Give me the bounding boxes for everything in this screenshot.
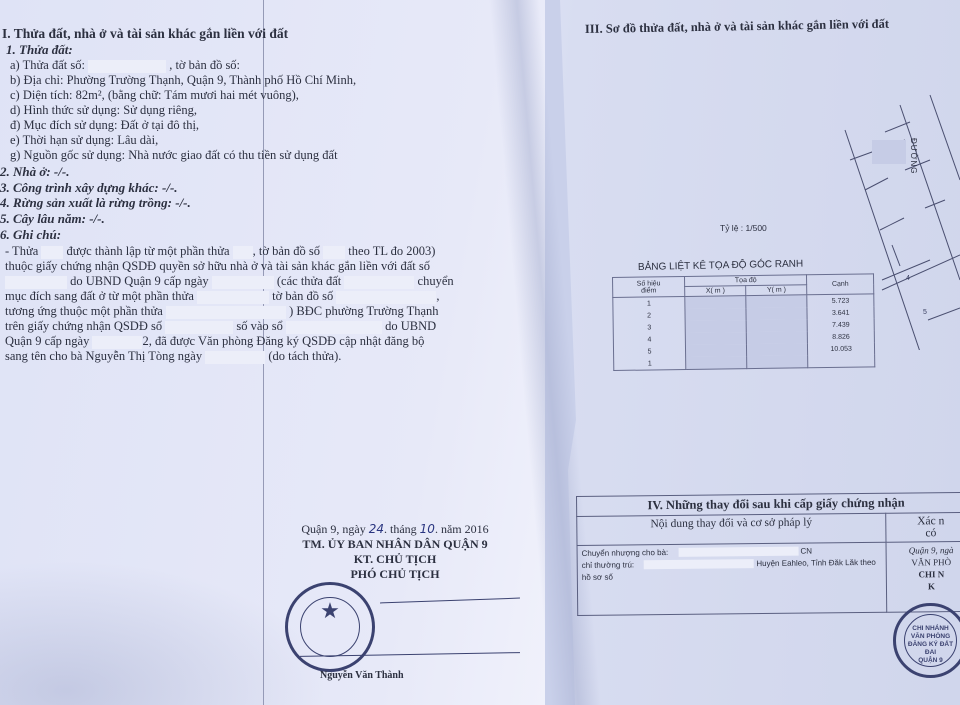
cell-edge: 10.053 bbox=[808, 342, 875, 355]
note-text: (các thửa đất bbox=[277, 274, 341, 288]
note-text: mục đích sang đất ở từ một phần thửa bbox=[5, 289, 194, 303]
map-point-label: 5 bbox=[923, 309, 927, 316]
cell-point: 2 bbox=[613, 309, 685, 322]
subsection-notes: 6. Ghi chú: bbox=[0, 227, 61, 242]
note-text: tương ứng thuộc một phần thửa bbox=[5, 304, 163, 318]
changes-confirmation: Quận 9, ngà VĂN PHÒ CHI N K bbox=[886, 541, 960, 612]
confirm-line: VĂN PHÒ bbox=[891, 556, 960, 569]
item-origin: g) Nguồn gốc sử dụng: Nhà nước giao đất … bbox=[10, 148, 338, 163]
cell-edge: 7.439 bbox=[807, 318, 874, 331]
redacted-field bbox=[336, 291, 436, 304]
redacted-label bbox=[872, 140, 906, 164]
note-text: trên giấy chứng nhận QSDĐ số bbox=[5, 319, 162, 333]
item-area: c) Diện tích: 82m², (bằng chữ: Tám mươi … bbox=[10, 88, 299, 103]
month-label: tháng bbox=[390, 522, 417, 536]
note-line-5: tương ứng thuộc một phần thửa ) BĐC phườ… bbox=[5, 304, 439, 319]
subsection-other-construction: 3. Công trình xây dựng khác: -/-. bbox=[0, 180, 178, 195]
signer-name: Nguyễn Văn Thành bbox=[320, 670, 404, 681]
item-parcel-number: a) Thửa đất số: , tờ bản đồ số: bbox=[10, 58, 240, 73]
cell-point: 3 bbox=[613, 321, 685, 334]
content-text: chỉ thường trú: bbox=[582, 560, 634, 570]
note-line-4: mục đích sang đất ở từ một phần thửa tờ … bbox=[5, 289, 440, 304]
note-text: sang tên cho bà Nguyễn Thị Tòng ngày bbox=[5, 349, 202, 363]
note-text: Quận 9 cấp ngày bbox=[5, 334, 89, 348]
cell-redacted bbox=[686, 356, 747, 369]
star-emblem-icon: ★ bbox=[288, 599, 372, 624]
subsection-land-parcel: 1. Thửa đất: bbox=[6, 42, 73, 57]
cell-redacted bbox=[746, 295, 807, 308]
note-text: do UBND bbox=[385, 319, 436, 333]
cell-edge bbox=[808, 354, 875, 367]
date-month: 10 bbox=[420, 522, 435, 536]
item-use-form: d) Hình thức sử dụng: Sử dụng riêng, bbox=[10, 103, 197, 118]
coordinate-table: Số hiệuđiểm Tọa độ Cạnh X( m ) Y( m ) 15… bbox=[612, 273, 875, 371]
redacted-field bbox=[166, 306, 286, 319]
redacted-field bbox=[205, 351, 265, 364]
redacted-field bbox=[5, 276, 67, 289]
registry-seal: CHI NHÁNH VĂN PHÒNG ĐĂNG KÝ ĐẤT ĐAI QUẬN… bbox=[893, 603, 960, 678]
header-point: Số hiệuđiểm bbox=[613, 276, 685, 297]
section-title-1: I. Thửa đất, nhà ở và tài sản khác gắn l… bbox=[2, 26, 288, 41]
seal-text: VĂN PHÒNG bbox=[905, 633, 956, 641]
redacted-field bbox=[92, 336, 142, 349]
subsection-forest: 4. Rừng sản xuất là rừng trồng: -/-. bbox=[0, 195, 191, 210]
item-use-term: e) Thời hạn sử dụng: Lâu dài, bbox=[10, 133, 158, 148]
note-text: do UBND Quận 9 cấp ngày bbox=[70, 274, 209, 288]
registry-seal-inner: CHI NHÁNH VĂN PHÒNG ĐĂNG KÝ ĐẤT ĐAI QUẬN… bbox=[904, 614, 957, 667]
redacted-field bbox=[233, 246, 253, 259]
content-text: Huyện Eahleo, Tỉnh Đăk Lăk theo bbox=[756, 558, 876, 568]
cell-redacted bbox=[685, 308, 746, 321]
cell-redacted bbox=[685, 296, 746, 309]
redacted-field bbox=[197, 291, 269, 304]
note-text: số vào sổ bbox=[236, 319, 283, 333]
cell-redacted bbox=[747, 343, 808, 356]
cell-redacted bbox=[686, 344, 747, 357]
subsection-house: 2. Nhà ở: -/-. bbox=[0, 164, 69, 179]
signing-date: Quận 9, ngày 24. tháng 10. năm 2016 bbox=[270, 522, 520, 537]
note-line-2: thuộc giấy chứng nhận QSDĐ quyền sở hữu … bbox=[5, 259, 430, 274]
cell-edge: 5.723 bbox=[807, 294, 874, 307]
note-text: theo TL đo 2003) bbox=[348, 244, 435, 258]
changes-table: IV. Những thay đổi sau khi cấp giấy chứn… bbox=[576, 492, 960, 616]
cell-point: 1 bbox=[614, 357, 686, 371]
cell-redacted bbox=[747, 331, 808, 344]
cell-redacted bbox=[746, 319, 807, 332]
seal-text: QUẬN 9 bbox=[905, 657, 956, 665]
content-text: CN bbox=[800, 547, 812, 556]
signing-org: TM. ỦY BAN NHÂN DÂN QUẬN 9 bbox=[270, 537, 520, 552]
note-line-3: do UBND Quận 9 cấp ngày (các thửa đất ch… bbox=[5, 274, 454, 289]
redacted-field bbox=[344, 276, 414, 289]
note-text: tờ bản đồ số bbox=[272, 289, 333, 303]
cell-point: 1 bbox=[613, 296, 685, 310]
redacted-field bbox=[286, 321, 382, 334]
cell-redacted bbox=[685, 332, 746, 345]
changes-col2-header: Xác ncó bbox=[886, 512, 960, 542]
col2-header-l2: có bbox=[890, 527, 960, 540]
changes-content: Chuyển nhượng cho bà: CN chỉ thường trú:… bbox=[577, 542, 887, 615]
map-point-label: 4 bbox=[906, 275, 910, 282]
cell-edge: 8.826 bbox=[808, 330, 875, 343]
col2-header-l1: Xác n bbox=[890, 515, 960, 528]
note-text: , tờ bản đồ số bbox=[253, 244, 320, 258]
item-address: b) Địa chỉ: Phường Trường Thạnh, Quận 9,… bbox=[10, 73, 356, 88]
cell-point: 4 bbox=[613, 333, 685, 346]
map-sheet-label: , tờ bản đồ số: bbox=[169, 58, 240, 72]
cell-edge: 3.641 bbox=[807, 306, 874, 319]
subsection-perennial: 5. Cây lâu năm: -/-. bbox=[0, 211, 105, 226]
seal-text: CHI NHÁNH bbox=[905, 625, 956, 633]
confirm-line: CHI N bbox=[891, 568, 960, 581]
redacted-field bbox=[41, 246, 63, 259]
note-text: (do tách thửa). bbox=[268, 349, 341, 363]
note-line-6: trên giấy chứng nhận QSDĐ số số vào sổ d… bbox=[5, 319, 436, 334]
confirm-line: Quận 9, ngà bbox=[891, 544, 960, 557]
year-label: năm 2016 bbox=[441, 522, 489, 536]
seal-text: ĐĂNG KÝ ĐẤT ĐAI bbox=[905, 641, 956, 657]
cell-point: 5 bbox=[613, 345, 685, 358]
header-edge: Cạnh bbox=[807, 274, 874, 295]
note-text: 2, đã được Văn phòng Đăng ký QSDĐ cập nh… bbox=[142, 334, 424, 348]
item-use-purpose: đ) Mục đích sử dụng: Đất ở tại đô thị, bbox=[10, 118, 199, 133]
date-prefix: Quận 9, ngày bbox=[301, 522, 365, 536]
date-day: 24 bbox=[369, 522, 384, 536]
street-label: ĐƯỜNG bbox=[909, 138, 918, 174]
note-text: chuyển bbox=[418, 274, 454, 288]
signing-role-1: KT. CHỦ TỊCH bbox=[270, 552, 520, 567]
note-text: - Thửa bbox=[5, 244, 38, 258]
redacted-field bbox=[165, 321, 233, 334]
header-point-l2: điểm bbox=[616, 287, 681, 295]
signature-block: Quận 9, ngày 24. tháng 10. năm 2016 TM. … bbox=[270, 522, 520, 582]
note-text: được thành lập từ một phần thửa bbox=[67, 244, 230, 258]
official-seal: ★ bbox=[285, 582, 375, 672]
cell-redacted bbox=[685, 320, 746, 333]
note-text: ) BĐC phường Trường Thạnh bbox=[289, 304, 438, 318]
note-line-8: sang tên cho bà Nguyễn Thị Tòng ngày (do… bbox=[5, 349, 341, 364]
signing-role-2: PHÓ CHỦ TỊCH bbox=[270, 567, 520, 582]
parcel-number-label: a) Thửa đất số: bbox=[10, 58, 85, 72]
content-text: Chuyển nhượng cho bà: bbox=[582, 548, 669, 558]
redacted-field bbox=[644, 560, 754, 570]
changes-col1-header: Nội dung thay đổi và cơ sở pháp lý bbox=[577, 513, 886, 545]
redacted-field bbox=[212, 276, 274, 289]
note-line-1: - Thửa được thành lập từ một phần thửa ,… bbox=[5, 244, 435, 259]
confirm-line: K bbox=[891, 580, 960, 593]
cell-redacted bbox=[747, 355, 808, 368]
cell-redacted bbox=[746, 307, 807, 320]
note-line-7: Quận 9 cấp ngày 2, đã được Văn phòng Đăn… bbox=[5, 334, 424, 349]
note-text: , bbox=[436, 289, 439, 303]
redacted-field bbox=[678, 547, 798, 557]
map-scale: Tỷ lệ : 1/500 bbox=[720, 223, 767, 233]
redacted-field bbox=[88, 60, 166, 73]
redacted-field bbox=[323, 246, 345, 259]
